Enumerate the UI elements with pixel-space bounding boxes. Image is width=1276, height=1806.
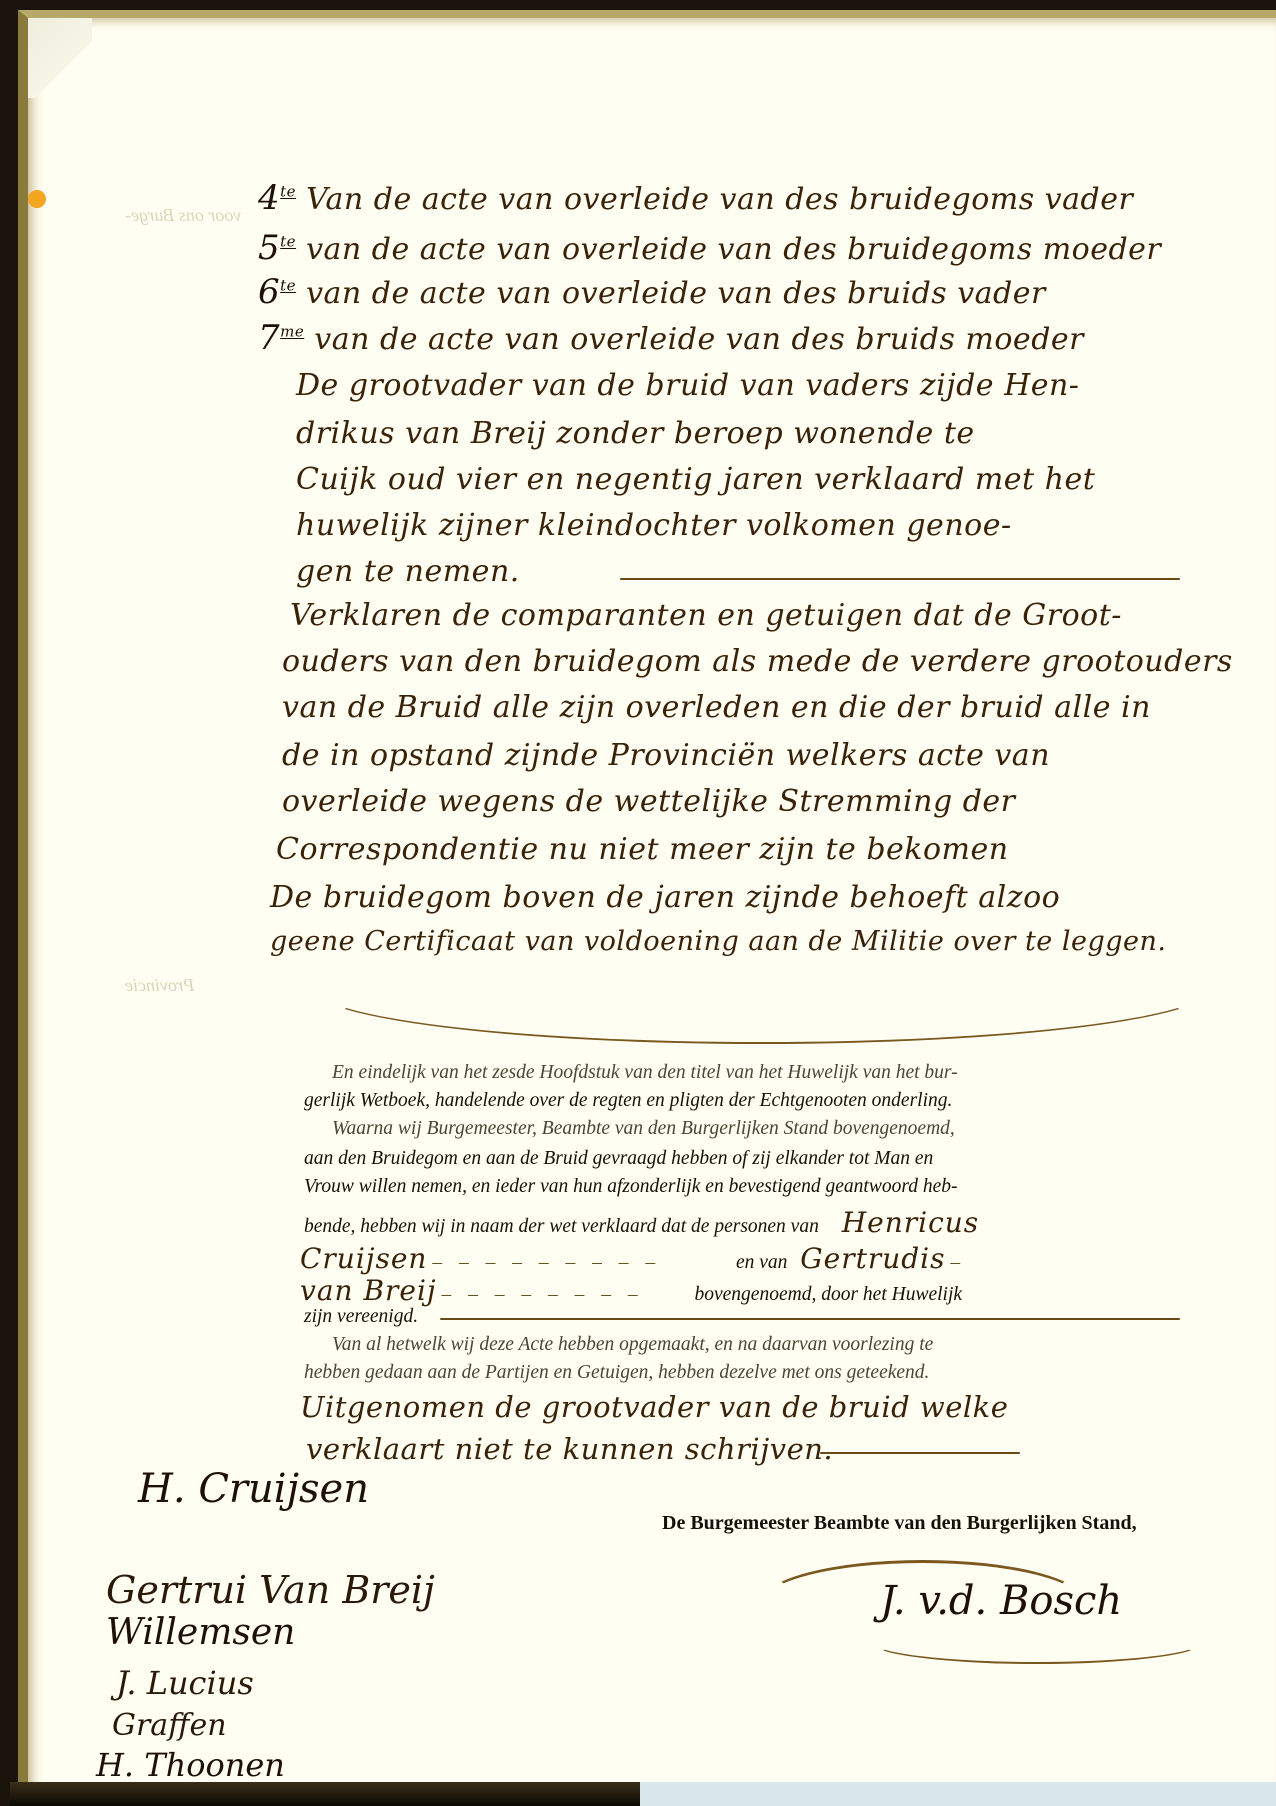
handwritten-item-6: 6te van de acte van overleide van des br… bbox=[258, 272, 1046, 312]
printed-line: gerlijk Wetboek, handelende over de regt… bbox=[304, 1090, 952, 1112]
signature-witness: J. Lucius bbox=[116, 1664, 254, 1702]
bride-name-part2: van Breij bbox=[300, 1274, 437, 1307]
official-caption: De Burgemeester Beambte van den Burgerli… bbox=[662, 1512, 1137, 1535]
page-corner-fold bbox=[28, 18, 92, 98]
handwritten-line: de in opstand zijnde Provinciën welkers … bbox=[282, 738, 1050, 773]
handwritten-line: drikus van Breij zonder beroep wonende t… bbox=[296, 416, 975, 451]
scan-background bbox=[640, 1782, 1276, 1806]
handwritten-line: Verklaren de comparanten en getuigen dat… bbox=[290, 598, 1122, 633]
handwritten-line: De grootvader van de bruid van vaders zi… bbox=[296, 368, 1079, 403]
handwritten-line: gen te nemen. bbox=[296, 554, 520, 589]
official-signature-underline bbox=[870, 1620, 1204, 1664]
signature-bride: Gertrui Van Breij bbox=[106, 1568, 435, 1612]
handwritten-addendum: Uitgenomen de grootvader van de bruid we… bbox=[300, 1390, 1008, 1424]
handwritten-line: van de Bruid alle zijn overleden en die … bbox=[282, 690, 1151, 725]
signature-official: J. v.d. Bosch bbox=[880, 1578, 1122, 1624]
printed-line: Vrouw willen nemen, en ieder van hun afz… bbox=[304, 1176, 957, 1198]
signature-witness: Willemsen bbox=[106, 1612, 295, 1653]
printed-line: bende, hebben wij in naam der wet verkla… bbox=[304, 1206, 979, 1239]
handwritten-line: overleide wegens de wettelijke Stremming… bbox=[282, 784, 1016, 819]
handwritten-item-4: 4te Van de acte van overleide van des br… bbox=[258, 178, 1133, 218]
dash-filler: – – – – – – – – – bbox=[432, 1252, 661, 1273]
dash-filler: – – – – – – – – bbox=[442, 1284, 644, 1305]
ink-stain bbox=[28, 190, 46, 208]
dash-filler: – bbox=[950, 1252, 966, 1273]
handwritten-line: De bruidegom boven de jaren zijnde behoe… bbox=[270, 880, 1060, 915]
printed-line: aan den Bruidegom en aan de Bruid gevraa… bbox=[304, 1148, 933, 1170]
handwritten-line: Cuijk oud vier en negentig jaren verklaa… bbox=[296, 462, 1095, 497]
printed-line: hebben gedaan aan de Partijen en Getuige… bbox=[304, 1362, 929, 1384]
line-filler-rule bbox=[620, 578, 1180, 580]
printed-line: En eindelijk van het zesde Hoofdstuk van… bbox=[332, 1062, 958, 1084]
bleed-through-text: voor ons Burge- bbox=[125, 205, 241, 226]
signature-witness: H. Thoonen bbox=[96, 1746, 285, 1784]
groom-name-part2: Cruijsen bbox=[300, 1242, 427, 1275]
printed-line: Waarna wij Burgemeester, Beambte van den… bbox=[332, 1118, 955, 1140]
printed-line: zijn vereenigd. bbox=[304, 1306, 418, 1328]
printed-line: Van al hetwelk wij deze Acte hebben opge… bbox=[332, 1334, 933, 1356]
bleed-through-text: Provincie bbox=[125, 975, 194, 996]
line-filler-rule bbox=[440, 1318, 1180, 1320]
printed-line: van Breij – – – – – – – – bovengenoemd, … bbox=[300, 1274, 962, 1307]
printed-line: Cruijsen – – – – – – – – – en van Gertru… bbox=[300, 1242, 966, 1275]
handwritten-line: huwelijk zijner kleindochter volkomen ge… bbox=[296, 508, 1012, 543]
signature-witness: Graffen bbox=[112, 1708, 227, 1743]
groom-name-part1: Henricus bbox=[842, 1206, 979, 1239]
handwritten-item-5: 5te van de acte van overleide van des br… bbox=[258, 228, 1161, 268]
handwritten-item-7: 7me van de acte van overleide van des br… bbox=[258, 318, 1084, 358]
pen-flourish bbox=[310, 930, 1214, 1044]
handwritten-line: Correspondentie nu niet meer zijn te bek… bbox=[276, 832, 1009, 867]
signature-groom: H. Cruijsen bbox=[138, 1466, 369, 1512]
bride-name-part1: Gertrudis bbox=[800, 1242, 945, 1275]
handwritten-addendum: verklaart niet te kunnen schrijven. bbox=[306, 1432, 833, 1466]
handwritten-line: ouders van den bruidegom als mede de ver… bbox=[282, 644, 1233, 679]
line-filler-rule bbox=[820, 1452, 1020, 1454]
